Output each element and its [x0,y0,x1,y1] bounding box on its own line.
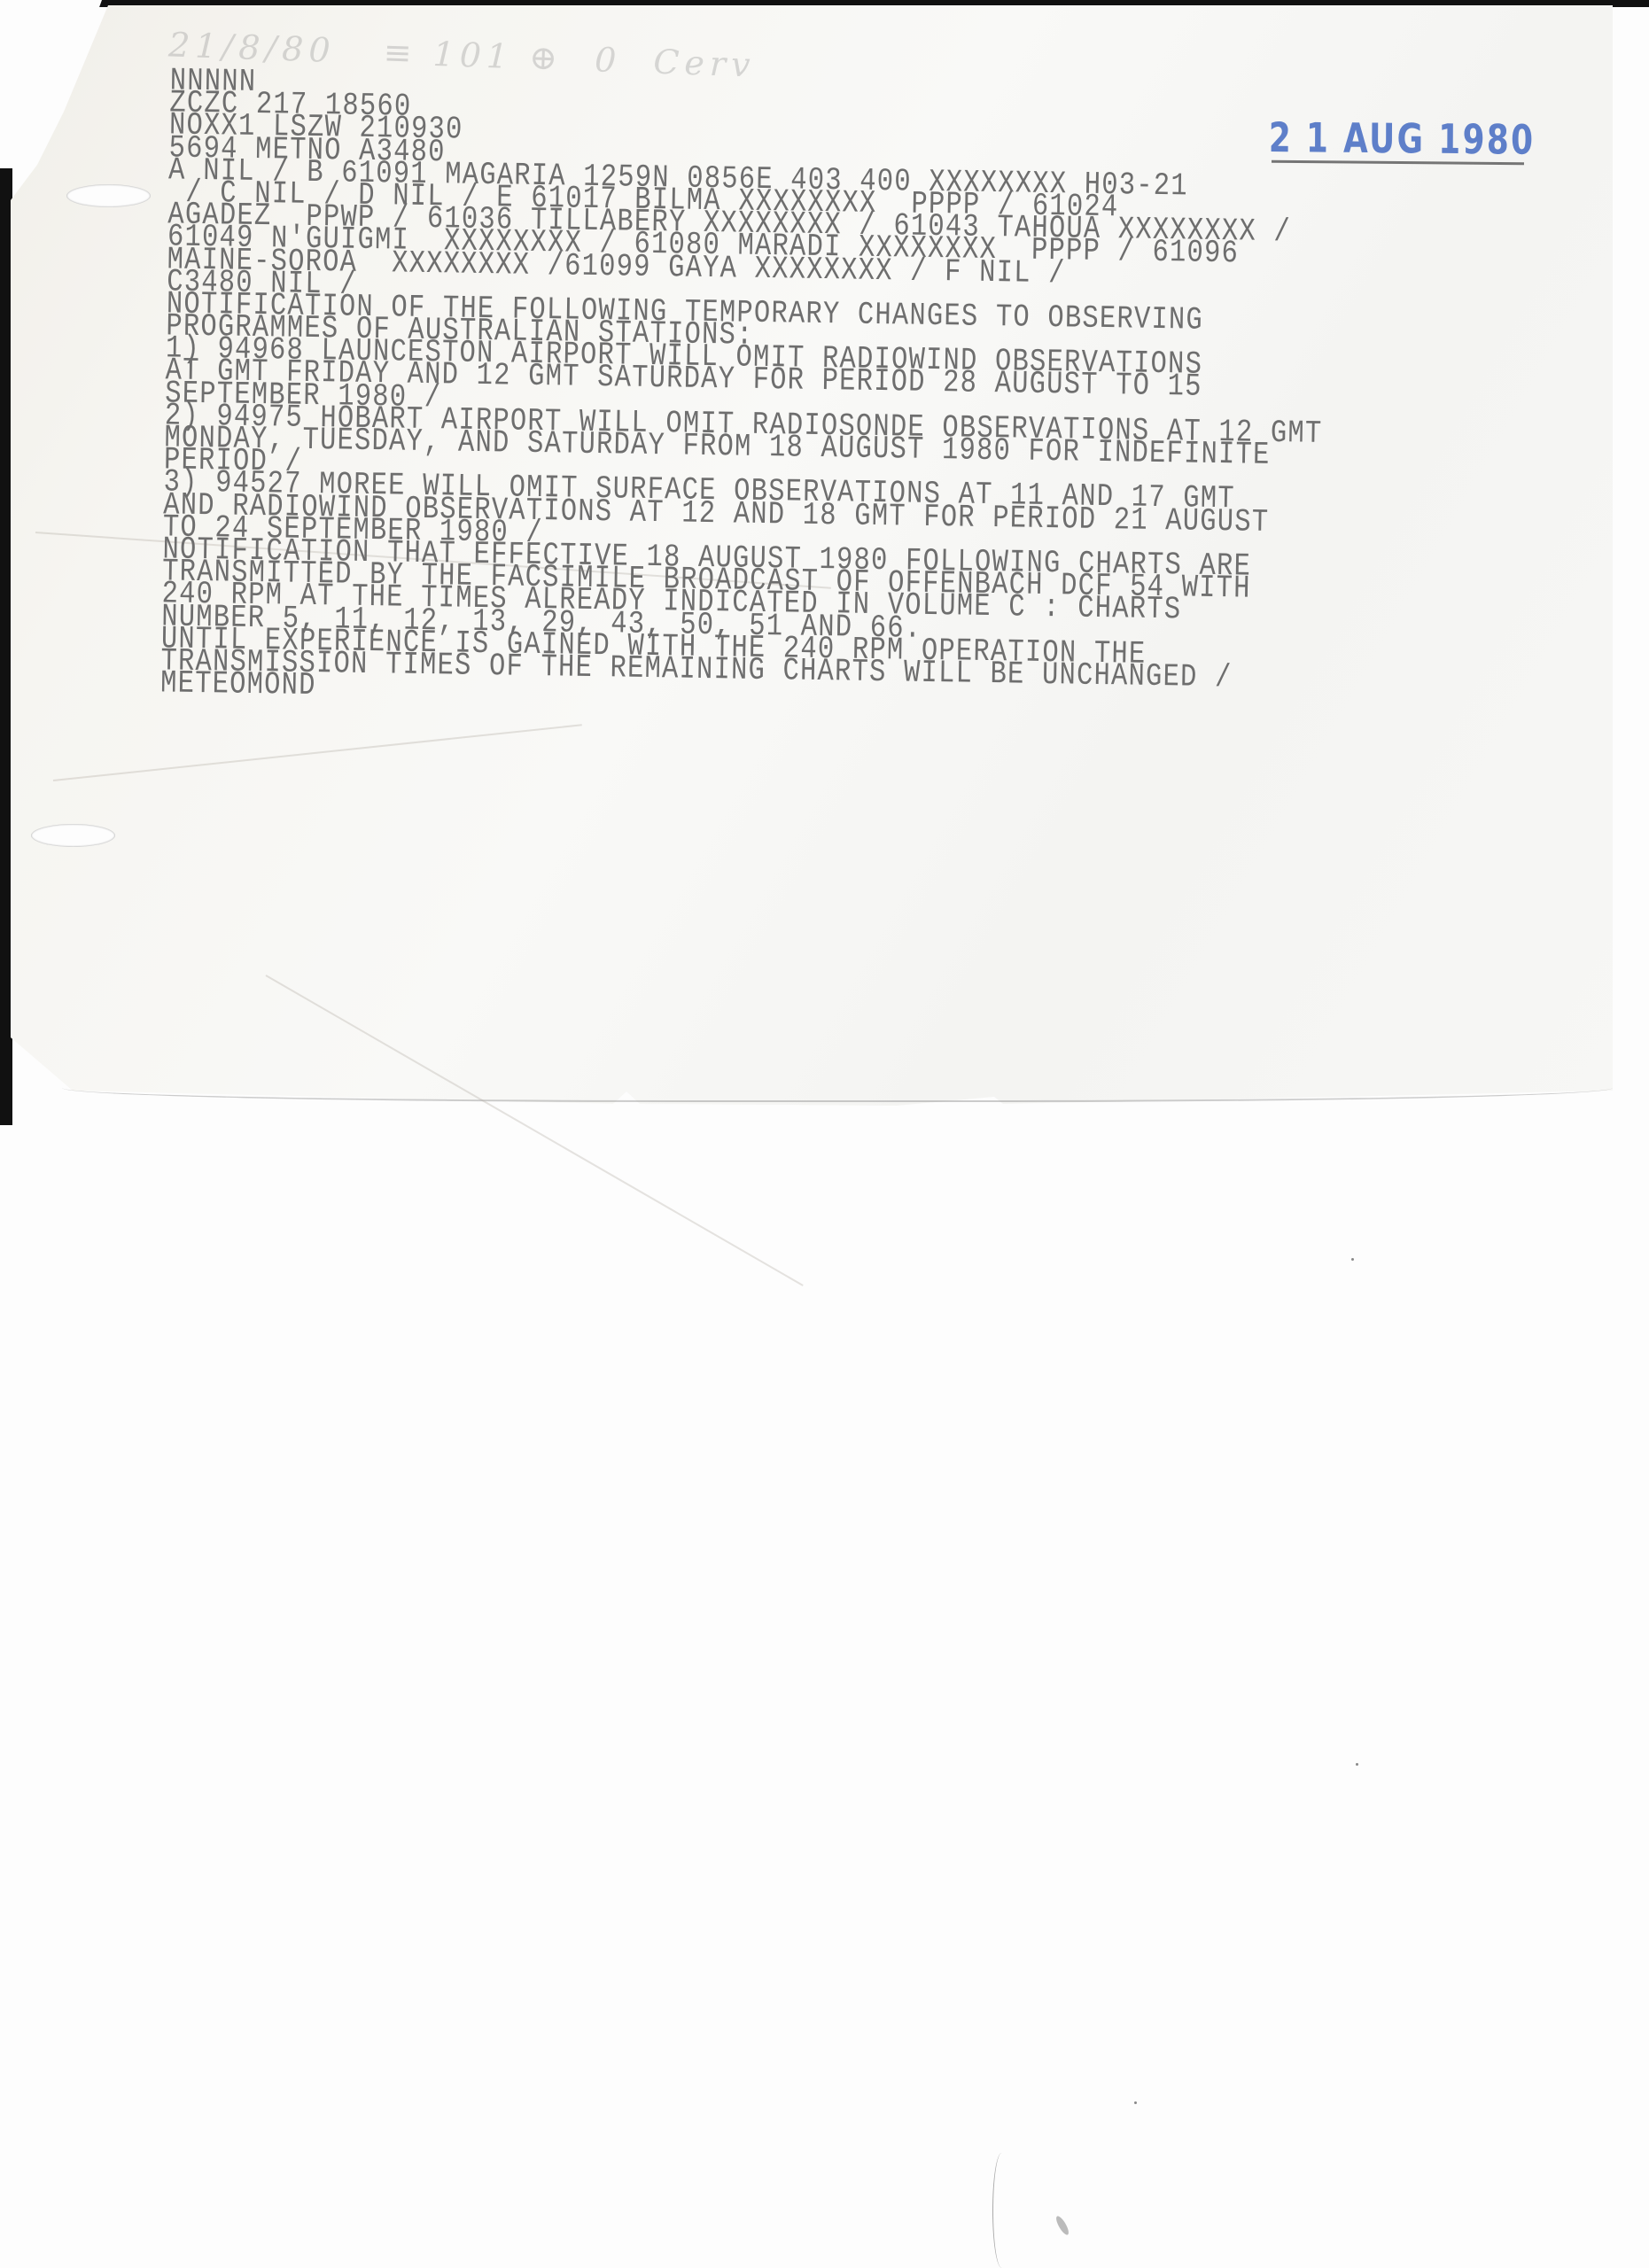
scanner-border-left [0,0,12,1125]
punch-hole [31,824,115,847]
scan-speck [1356,1763,1358,1766]
punch-hole [66,184,151,207]
telex-message-body: NNNNN ZCZC 217 18560 NOXX1 LSZW 210930 5… [160,69,1328,712]
scan-speck [1351,1258,1354,1261]
scan-speck [1054,2215,1071,2237]
paper-torn-edge [62,1088,1613,1102]
scan-speck [1134,2101,1137,2104]
scan-hair [992,2153,1011,2268]
